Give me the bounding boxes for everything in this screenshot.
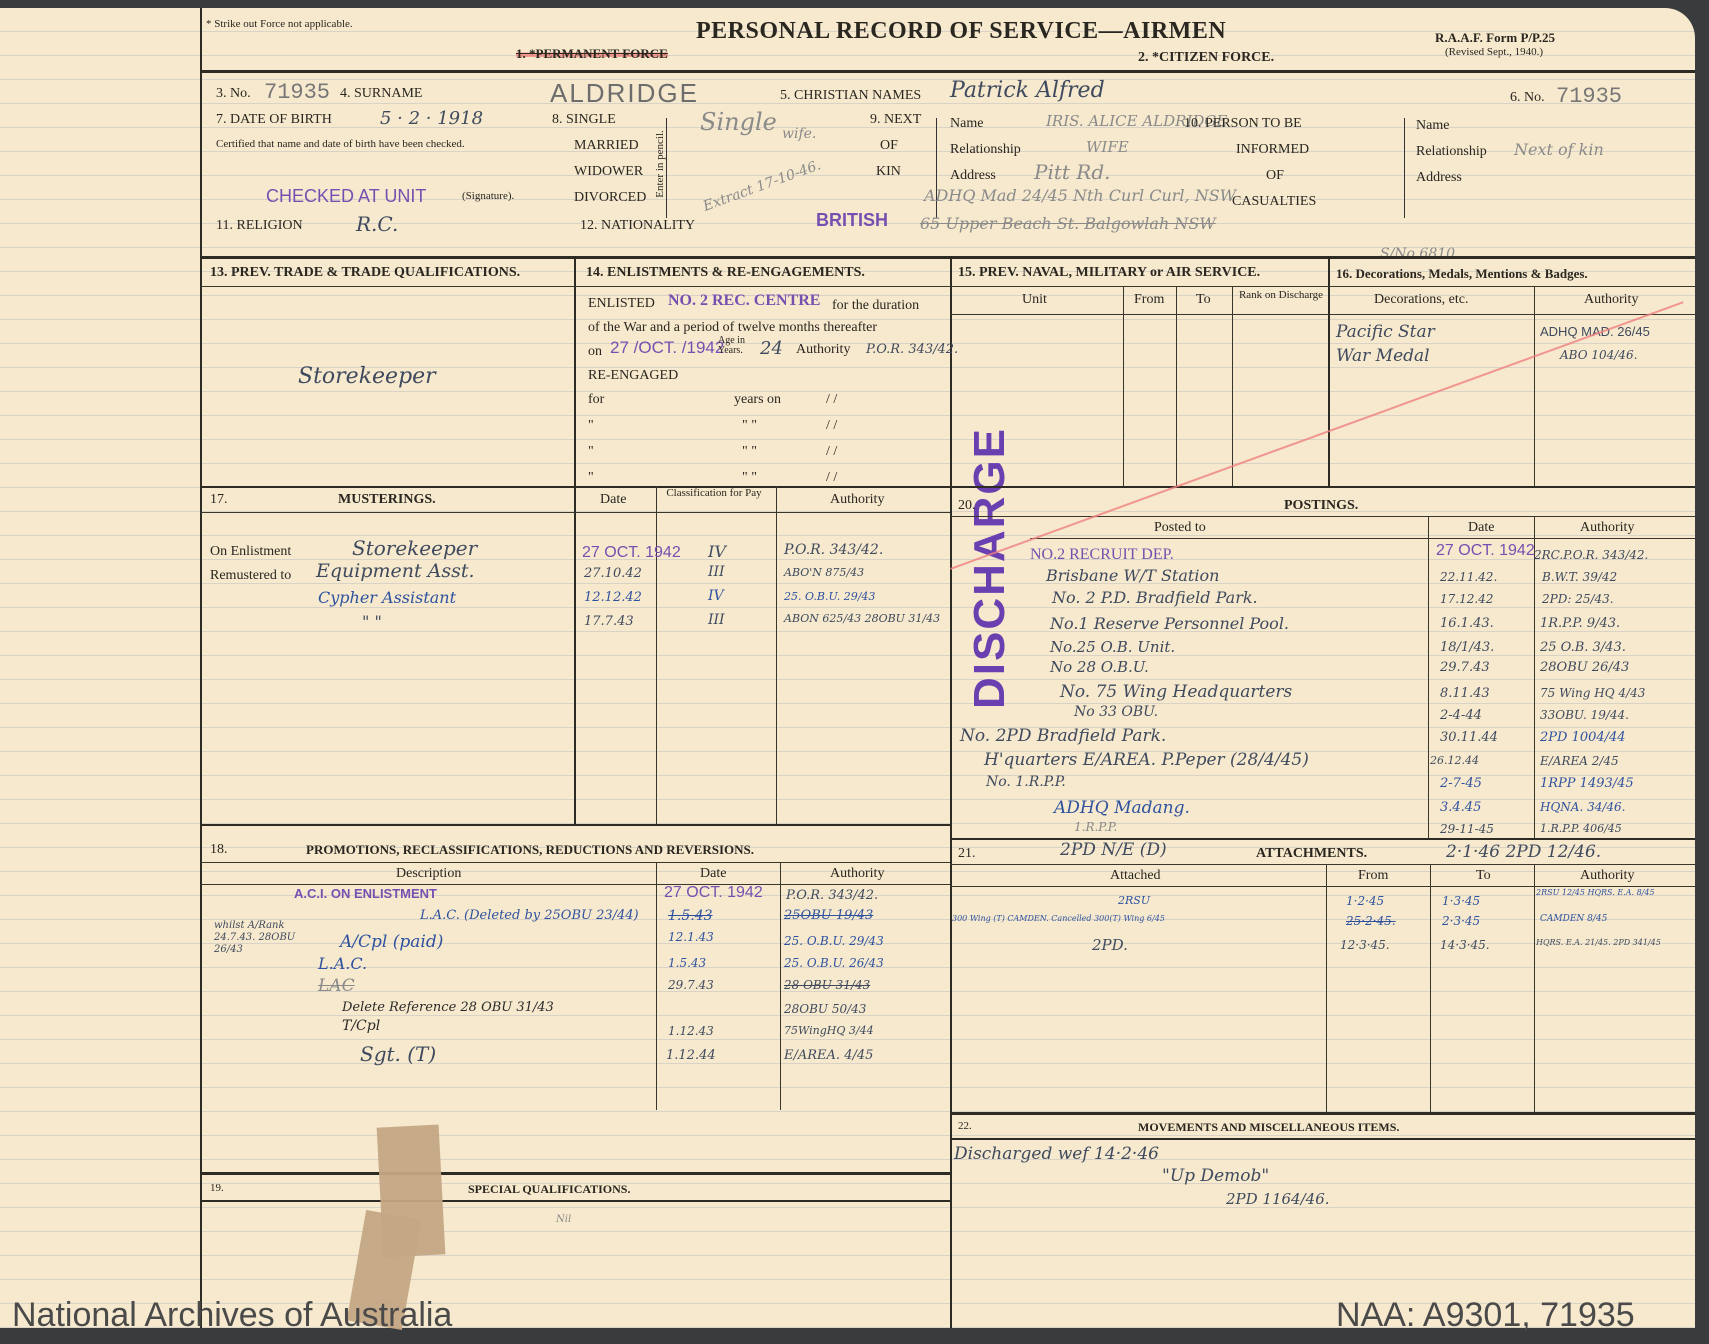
next-of-kin-label-2: OF [880,138,898,154]
reengaged-for-label: for [588,392,604,408]
posting-5-authority: 25 O.B. 3/43. [1540,640,1626,655]
pi-name-label: Name [1416,118,1449,134]
section-18-top-rule [200,824,950,826]
posting-2-authority: B.W.T. 39/42 [1542,570,1617,584]
marital-widower-label: WIDOWER [574,164,643,180]
col-rule [1232,286,1233,488]
nok-relationship-label: Relationship [950,142,1021,158]
grid-top-rule [200,256,1695,259]
posting-10-date: 26.12.44 [1430,754,1479,767]
section-19-title: SPECIAL QUALIFICATIONS. [468,1182,630,1197]
postings-col-authority: Authority [1580,520,1634,536]
mustering-4-authority: ABON 625/43 28OBU 31/43 [784,612,940,625]
section-19-top-rule [200,1172,950,1175]
nok-name-label: Name [950,116,983,132]
reengaged-date-slashes: / / [826,392,837,408]
posting-6-authority: 28OBU 26/43 [1540,660,1629,675]
decoration-2: War Medal [1336,346,1430,366]
center-rule [950,256,952,1328]
attachment-2-authority: CAMDEN 8/45 [1540,914,1607,924]
mustering-2-authority: ABO'N 875/43 [784,566,864,579]
attachment-1: 2RSU [1118,894,1150,907]
posting-1: NO.2 RECRUIT DEP. [1030,546,1174,564]
ditto-6: " " [742,470,757,486]
section-18-header-rule [200,862,950,863]
posting-4-authority: 1R.P.P. 9/43. [1540,616,1620,631]
mustering-3-authority: 25. O.B.U. 29/43 [784,590,875,603]
promotion-2-date: 1.5.43 [668,908,713,924]
next-of-kin-label-1: 9. NEXT [870,112,921,128]
section-15-header-rule [950,286,1695,287]
on-enlistment-label: On Enlistment [210,544,291,560]
section-22-number: 22. [958,1120,972,1132]
section-17-title: MUSTERINGS. [338,492,436,508]
slashes-4: / / [826,470,837,486]
mustering-2-date: 27.10.42 [584,566,642,581]
posting-7: No. 75 Wing Headquarters [1060,682,1292,702]
posting-1-authority: 2RC.P.O.R. 343/42. [1534,548,1648,562]
col-rule [1176,286,1177,488]
col-decorations: Decorations, etc. [1374,292,1468,308]
promotion-6: Delete Reference 28 OBU 31/43 [342,1000,554,1015]
attachment-3-to: 14·3·45. [1440,938,1490,952]
section-22-top-rule [950,1112,1695,1115]
header-divider [200,70,1695,73]
serial-note: S/No 6810 [1380,246,1455,262]
col-decorations-authority: Authority [1584,292,1638,308]
enlist-authority-value: P.O.R. 343/42. [866,342,958,357]
dob-label: 7. DATE OF BIRTH [216,112,332,128]
section-13-header-rule [200,286,950,287]
mustering-3-date: 12.12.42 [584,590,642,605]
section-15-title: 15. PREV. NAVAL, MILITARY or AIR SERVICE… [958,265,1260,281]
signature-label: (Signature). [462,190,514,202]
pi-relationship-label: Relationship [1416,144,1487,160]
ditto-3: " [588,444,594,460]
promotion-1-authority: P.O.R. 343/42. [786,888,878,903]
margin-rule [200,8,202,1328]
person-informed-label-1: 10. PERSON TO BE [1184,116,1302,132]
col-rule [1428,516,1429,840]
page-title: PERSONAL RECORD OF SERVICE—AIRMEN [696,18,1226,45]
decoration-authority-1: ADHQ MAD. 26/45 [1540,324,1650,339]
section-20-header-rule [950,516,1695,517]
enter-in-pencil-note: Enter in pencil. [654,130,666,198]
marital-single-label: 8. SINGLE [552,112,616,128]
promotion-8-date: 1.12.44 [666,1048,716,1063]
discharge-stamp-text: DISCHARGE [965,427,1015,709]
service-no-value: 71935 [264,80,330,105]
section-17-top-rule [200,486,950,488]
posting-9: No. 2PD Bradfield Park. [960,726,1166,746]
section-21-number: 21. [958,846,976,862]
posting-5: No.25 O.B. Unit. [1050,638,1175,656]
col-rule [1430,864,1431,1114]
decoration-authority-2: ABO 104/46. [1560,348,1637,362]
promotions-col-authority: Authority [830,866,884,882]
certified-note: Certified that name and date of birth ha… [216,138,465,150]
permanent-force-label: 1. *PERMANENT FORCE [516,46,668,62]
person-informed-label-2: INFORMED [1236,142,1309,158]
posting-12-authority: HQNA. 34/46. [1540,800,1626,814]
pencil-bracket [666,118,681,218]
mustering-1-authority: P.O.R. 343/42. [784,542,883,558]
section-16-title: 16. Decorations, Medals, Mentions & Badg… [1336,266,1588,282]
enlisted-date-stamp: 27 /OCT. /1942 [610,338,724,358]
ditto-1: " [588,418,594,434]
attachment-2-to: 2·3·45 [1442,914,1480,928]
ditto-5: " [588,470,594,486]
section-21-header-rule [950,864,1695,865]
posting-2: Brisbane W/T Station [1046,566,1219,585]
posting-9-authority: 2PD 1004/44 [1540,730,1626,745]
nationality-label: 12. NATIONALITY [580,218,695,234]
attachment-1-authority: 2RSU 12/45 HQRS. E.A. 8/45 [1536,888,1655,897]
posting-3-authority: 2PD: 25/43. [1542,592,1614,606]
mustering-4-class: III [708,612,725,628]
section-18-title: PROMOTIONS, RECLASSIFICATIONS, REDUCTION… [306,842,754,858]
mustering-3: Cypher Assistant [318,588,456,607]
posting-8: No 33 OBU. [1074,704,1158,720]
section-22-title: MOVEMENTS AND MISCELLANEOUS ITEMS. [1138,1120,1399,1135]
religion-label: 11. RELIGION [216,218,303,234]
ditto-4: " " [742,444,757,460]
citizen-force-label: 2. *CITIZEN FORCE. [1138,50,1274,66]
surname-label: 4. SURNAME [340,86,422,102]
mustering-4-date: 17.7.43 [584,614,634,629]
col-unit: Unit [1022,292,1047,308]
attachment-2-from: 25·2·45. [1346,914,1396,928]
attach-col-attached: Attached [1110,868,1161,884]
attachment-3-authority: HQRS. E.A. 21/45. 2PD 341/45 [1536,938,1661,947]
col-from: From [1134,292,1164,308]
posting-10-authority: E/AREA 2/45 [1540,754,1619,768]
mustering-4: " " [362,612,382,631]
attach-col-from: From [1358,868,1388,884]
posting-11-date: 2-7-45 [1440,776,1482,791]
posting-4-date: 16.1.43. [1440,616,1494,631]
section-21-col-rule [950,886,1695,887]
posting-3: No. 2 P.D. Bradfield Park. [1052,588,1258,607]
attachment-1-from: 1·2·45 [1346,894,1384,908]
postings-col-posted: Posted to [1154,520,1206,536]
attachment-2: 300 Wing (T) CAMDEN. Cancelled 300(T) Wi… [952,914,1165,923]
promotion-3: A/Cpl (paid) [340,932,443,952]
posting-12-date: 3.4.45 [1440,800,1481,815]
promotion-8-authority: E/AREA. 4/45 [784,1048,873,1063]
mustering-2-class: III [708,564,725,580]
duration-text: for the duration [832,298,919,314]
nok-address-value: Pitt Rd. [1034,160,1111,184]
service-no-6-label: 6. No. [1510,90,1545,106]
musterings-col-date: Date [600,492,626,508]
promotions-col-date: Date [700,866,726,882]
movement-line-3: 2PD 1164/46. [1226,1190,1330,1208]
posting-8-authority: 33OBU. 19/44. [1540,708,1629,722]
section-17-header-rule [200,512,950,513]
col-rule [780,862,781,1110]
col-rule [1326,864,1327,1114]
posting-6: No 28 O.B.U. [1050,658,1149,676]
promotions-col-description: Description [396,866,461,882]
age-value: 24 [760,338,783,359]
nok-relationship-value: WIFE [1086,138,1129,156]
col-rank-on-discharge: Rank on Discharge [1238,290,1324,301]
marital-extract-note: Extract 17-10-46. [701,157,823,214]
promotion-2: L.A.C. (Deleted by 25OBU 23/44) [420,908,639,923]
posting-11: No. 1.R.P.P. [986,774,1066,790]
promotion-3-date: 12.1.43 [668,930,714,944]
posting-9-date: 30.11.44 [1440,730,1498,745]
mustering-1: Storekeeper [352,536,477,560]
section-19-number: 19. [210,1182,224,1194]
posting-13-authority: 1.R.P.P. 406/45 [1540,822,1622,835]
mustering-1-class: IV [708,542,726,561]
promotion-7: T/Cpl [342,1018,380,1034]
promotion-5-date: 29.7.43 [668,978,714,992]
musterings-col-authority: Authority [830,492,884,508]
reengaged-years-on-label: years on [734,392,781,408]
nationality-value: BRITISH [816,210,888,231]
form-revised: (Revised Sept., 1940.) [1445,46,1543,58]
posting-7-date: 8.11.43 [1440,686,1490,701]
prev-trade-value: Storekeeper [298,364,436,389]
section-20-title: POSTINGS. [1284,498,1358,514]
posting-12: ADHQ Madang. [1054,798,1190,818]
col-rule [656,862,657,1110]
col-rule [776,486,777,826]
promotion-1: A.C.I. ON ENLISTMENT [294,886,437,901]
posting-10: H'quarters E/AREA. P.Peper (28/4/45) [984,750,1309,770]
marital-married-label: MARRIED [574,138,639,154]
promotion-5: LAC [318,976,355,996]
attachment-3: 2PD. [1092,936,1128,954]
surname-value: ALDRIDGE [550,78,699,109]
col-rule [1123,286,1124,488]
promotion-2-authority: 25OBU 19/43 [784,908,873,923]
next-of-kin-label-3: KIN [876,164,901,180]
section-18-number: 18. [210,842,228,858]
slashes-3: / / [826,444,837,460]
posting-7-authority: 75 Wing HQ 4/43 [1540,686,1645,700]
col-rule [1534,516,1535,840]
age-label: Age in Years. [718,336,758,356]
person-informed-label-4: CASUALTIES [1232,194,1316,210]
posting-13: 1.R.P.P. [1074,820,1117,834]
special-qualifications-value: Nil [556,1214,571,1225]
section-21-title: ATTACHMENTS. [1256,846,1367,862]
posting-2-date: 22.11.42. [1440,570,1497,584]
posting-3-date: 17.12.42 [1440,592,1493,606]
authority-label: Authority [796,342,850,358]
religion-value: R.C. [356,212,398,236]
posting-13-date: 29-11-45 [1440,822,1494,836]
remustered-to-label: Remustered to [210,568,291,584]
attachment-3-from: 12·3·45. [1340,938,1390,952]
attachments-pre-note: 2PD N/E (D) [1060,840,1167,860]
strike-note: * Strike out Force not applicable. [206,18,353,30]
promotion-6-authority: 28OBU 50/43 [784,1002,866,1016]
attachments-post-note: 2·1·46 2PD 12/46. [1446,842,1601,862]
section-14-title: 14. ENLISTMENTS & RE-ENGAGEMENTS. [586,265,865,281]
section-20-number: 20. [958,498,976,514]
pi-address-label: Address [1416,170,1462,186]
war-text: of the War and a period of twelve months… [588,320,877,336]
archive-name: National Archives of Australia [12,1296,452,1335]
dob-value: 5 · 2 · 1918 [380,108,483,129]
postings-col-date: Date [1468,520,1494,536]
pi-bracket [1404,118,1415,218]
posting-5-date: 18/1/43. [1440,640,1494,655]
enlisted-unit-stamp: NO. 2 REC. CENTRE [668,292,820,310]
form-id: R.A.A.F. Form P/P.25 [1435,30,1555,46]
section-20-top-rule [950,486,1695,488]
attach-col-authority: Authority [1580,868,1634,884]
christian-names-value: Patrick Alfred [950,78,1105,103]
mustering-1-date: 27 OCT. 1942 [582,544,681,562]
on-label: on [588,344,602,360]
red-cancel-line [950,301,1684,570]
section-13-title: 13. PREV. TRADE & TRADE QUALIFICATIONS. [210,265,520,281]
col-to: To [1196,292,1211,308]
marital-divorced-label: DIVORCED [574,190,646,206]
person-informed-label-3: OF [1266,168,1284,184]
marital-status-note: wife. [782,126,816,142]
section-17-number: 17. [210,492,228,508]
posting-8-date: 2-4-44 [1440,708,1482,723]
section-22-header-rule [950,1138,1695,1140]
promotion-7-date: 1.12.43 [668,1024,714,1038]
section-15-col-rule [950,314,1695,315]
service-no-label: 3. No. [216,86,251,102]
posting-11-authority: 1RPP 1493/45 [1540,776,1634,791]
posting-1-date: 27 OCT. 1942 [1436,542,1535,560]
movement-line-2: "Up Demob" [1162,1166,1269,1186]
nok-address-struck: 65 Upper Beach St. Balgowlah NSW [920,214,1216,233]
slashes-2: / / [826,418,837,434]
attach-col-to: To [1476,868,1491,884]
col-rule [1534,286,1535,488]
col-rule [1534,864,1535,1114]
decoration-1: Pacific Star [1336,322,1435,342]
movement-line-1: Discharged wef 14·2·46 [954,1144,1159,1164]
pi-relationship-value: Next of kin [1514,140,1604,159]
section-13-14-divider [574,256,576,826]
section-18-col-rule [200,884,950,885]
posting-4: No.1 Reserve Personnel Pool. [1050,614,1289,633]
service-no-6-value: 71935 [1556,84,1622,109]
promotion-3-authority: 25. O.B.U. 29/43 [784,934,884,948]
posting-6-date: 29.7.43 [1440,660,1490,675]
checked-at-unit-stamp: CHECKED AT UNIT [266,186,426,207]
promotion-1-date: 27 OCT. 1942 [664,884,763,902]
col-rule [656,486,657,826]
attachment-1-to: 1·3·45 [1442,894,1480,908]
enlisted-label: ENLISTED [588,296,655,312]
promotion-4-authority: 25. O.B.U. 26/43 [784,956,884,970]
christian-names-label: 5. CHRISTIAN NAMES [780,88,921,104]
promotion-8: Sgt. (T) [360,1042,436,1066]
musterings-col-class: Classification for Pay [664,488,764,499]
promotion-5-authority: 28 OBU 31/43 [784,978,870,992]
marital-status-value: Single [700,108,777,136]
mustering-3-class: IV [708,588,724,604]
service-record-document: * Strike out Force not applicable. PERSO… [0,8,1695,1328]
nok-address-line2: ADHQ Mad 24/45 Nth Curl Curl, NSW [924,186,1236,205]
nok-address-label: Address [950,168,996,184]
section-20-col-rule [1030,538,1695,539]
ditto-2: " " [742,418,757,434]
section-19-header-rule [200,1200,950,1202]
discharge-stamp: DISCHARGE [965,438,1015,698]
section-15-16-divider [1328,256,1330,488]
archive-reference: NAA: A9301, 71935 [1336,1296,1635,1335]
reengaged-label: RE-ENGAGED [588,368,678,384]
promotion-7-authority: 75WingHQ 3/44 [784,1024,874,1037]
mustering-2: Equipment Asst. [316,560,475,582]
promotion-4: L.A.C. [318,954,367,973]
promotions-margin-note: whilst A/Rank 24.7.43. 28OBU 26/43 [214,920,304,956]
promotion-4-date: 1.5.43 [668,956,706,970]
